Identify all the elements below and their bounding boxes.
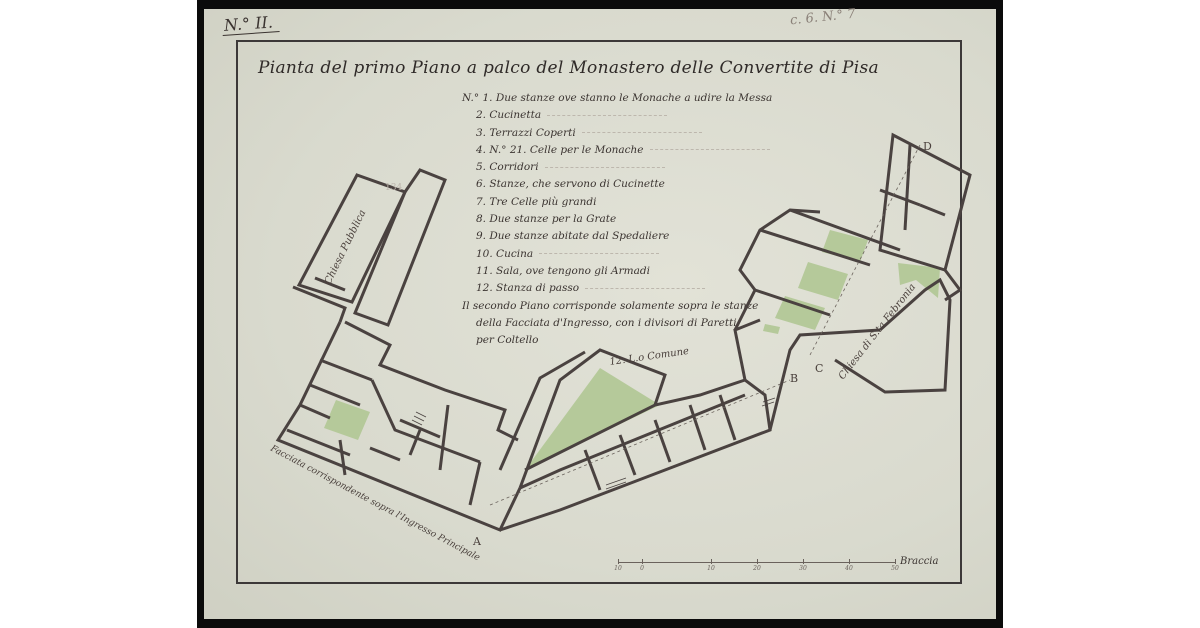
walls: [278, 135, 970, 530]
floor-plan-drawing: Chiesa Pubblica Chiesa di S.ta Febronia …: [0, 0, 1200, 628]
label-point-c: C: [815, 362, 823, 375]
label-comune: 12. L.o Comune: [609, 346, 690, 368]
scale-unit-label: Braccia: [900, 556, 938, 567]
east-garden-2: [798, 262, 848, 300]
faint-number: 134: [385, 183, 402, 193]
label-facade: Facciata corrispondente sopra l'Ingresso…: [268, 443, 482, 563]
label-point-b: B: [790, 372, 798, 385]
east-garden-3: [775, 296, 825, 330]
label-point-d: D: [923, 140, 932, 153]
scale-bar: 10 0 10 20 30 40 50: [618, 562, 898, 576]
label-point-a: A: [472, 535, 482, 548]
small-garden-patch: [763, 324, 780, 334]
west-garden-square: [324, 400, 370, 440]
label-chiesa-pubblica: Chiesa Pubblica: [323, 208, 369, 286]
garden-areas: [324, 230, 940, 470]
